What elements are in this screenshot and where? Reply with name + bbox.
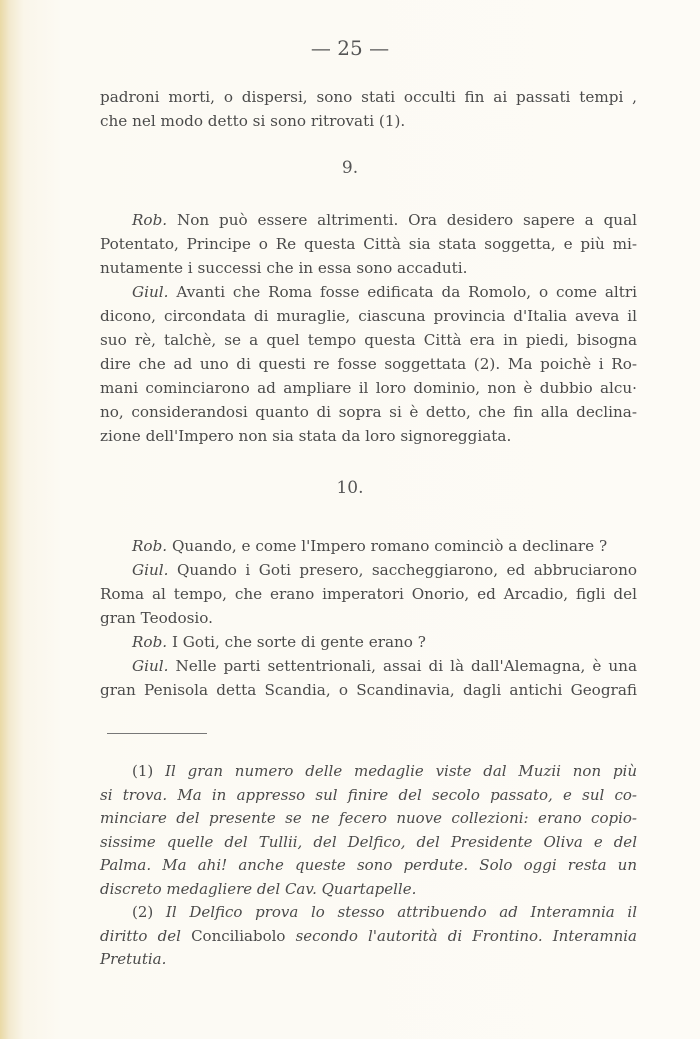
text-line: Rob. Quando, e come l'Impero romano comi… (100, 534, 637, 558)
text-line: sissime quelle del Tullii, del Delfico, … (100, 831, 637, 855)
text-span: Quando, e come l'Impero romano cominciò … (167, 537, 607, 555)
text-line: (1) Il gran numero delle medaglie viste … (100, 760, 637, 784)
text-line: dicono, circondata di muraglie, ciascuna… (100, 304, 637, 328)
text-line: Giul. Quando i Goti presero, saccheggiar… (100, 558, 637, 582)
text-line: Rob. Non può essere altrimenti. Ora desi… (100, 208, 637, 232)
page-number: — 25 — (0, 36, 700, 60)
text-span: Quando i Goti presero, saccheggiarono, e… (168, 561, 637, 579)
speaker-label: Rob. (132, 211, 167, 229)
text-line: mani cominciarono ad ampliare il loro do… (100, 376, 637, 400)
text-line: zione dell'Impero non sia stata da loro … (100, 424, 637, 448)
text-line: gran Teodosio. (100, 606, 637, 630)
text-line: suo rè, talchè, se a quel tempo questa C… (100, 328, 637, 352)
text-span: I Goti, che sorte di gente erano ? (167, 633, 426, 651)
speaker-label: Rob. (132, 633, 167, 651)
speaker-label: Giul. (132, 561, 168, 579)
text-line: Giul. Nelle parti settentrionali, assai … (100, 654, 637, 678)
text-span: Il Delfico prova lo stesso attribuendo a… (153, 903, 637, 921)
text-line: che nel modo detto si sono ritrovati (1)… (100, 109, 637, 133)
text-line: gran Penisola detta Scandia, o Scandinav… (100, 678, 637, 702)
footnote-2: (2) Il Delfico prova lo stesso attribuen… (100, 901, 637, 972)
text-line: Pretutia. (100, 948, 637, 972)
text-line: (2) Il Delfico prova lo stesso attribuen… (100, 901, 637, 925)
speaker-label: Rob. (132, 537, 167, 555)
text-line: padroni morti, o dispersi, sono stati oc… (100, 85, 637, 109)
text-line: nutamente i successi che in essa sono ac… (100, 256, 637, 280)
footnote-1: (1) Il gran numero delle medaglie viste … (100, 760, 637, 901)
text-line: minciare del presente se ne fecero nuove… (100, 807, 637, 831)
footnote-divider (107, 733, 207, 734)
text-span: Avanti che Roma fosse edificata da Romol… (168, 283, 637, 301)
footnote-marker: (2) (132, 903, 153, 921)
text-line: si trova. Ma in appresso sul finire del … (100, 784, 637, 808)
speaker-label: Giul. (132, 283, 168, 301)
text-line: no, considerandosi quanto di sopra si è … (100, 400, 637, 424)
footnote-marker: (1) (132, 762, 153, 780)
section-9-body: Rob. Non può essere altrimenti. Ora desi… (100, 208, 637, 448)
text-span: Nelle parti settentrionali, assai di là … (168, 657, 637, 675)
text-line: Palma. Ma ahi! anche queste sono perdute… (100, 854, 637, 878)
intro-paragraph: padroni morti, o dispersi, sono stati oc… (100, 85, 637, 133)
speaker-label: Giul. (132, 657, 168, 675)
text-line: Rob. I Goti, che sorte di gente erano ? (100, 630, 637, 654)
text-span: Il gran numero delle medaglie viste dal … (153, 762, 637, 780)
section-10-body: Rob. Quando, e come l'Impero romano comi… (100, 534, 637, 702)
text-span: diritto del (100, 927, 191, 945)
text-line: Potentato, Principe o Re questa Città si… (100, 232, 637, 256)
text-line: discreto medagliere del Cav. Quartapelle… (100, 878, 637, 902)
text-span: Non può essere altrimenti. Ora desidero … (167, 211, 637, 229)
text-line: Roma al tempo, che erano imperatori Onor… (100, 582, 637, 606)
text-line: diritto del Conciliabolo secondo l'autor… (100, 925, 637, 949)
text-span: Conciliabolo (191, 927, 285, 945)
text-line: Giul. Avanti che Roma fosse edificata da… (100, 280, 637, 304)
text-span: secondo l'autorità di Frontino. Interamn… (285, 927, 637, 945)
text-line: dire che ad uno di questi re fosse sogge… (100, 352, 637, 376)
section-heading-10: 10. (0, 478, 700, 498)
section-heading-9: 9. (0, 158, 700, 178)
